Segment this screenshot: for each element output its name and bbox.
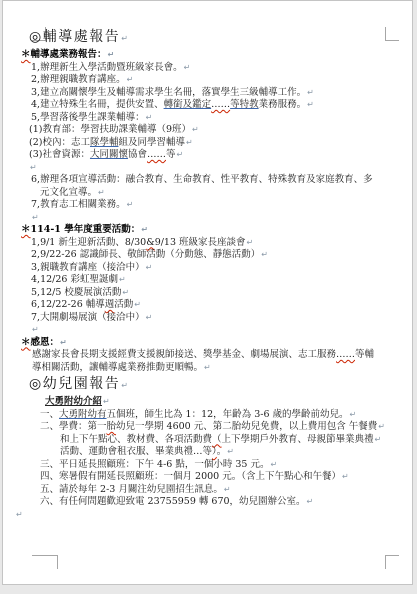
text-run: 輔導處業務報告： bbox=[31, 49, 107, 60]
text-run: 週 bbox=[105, 299, 115, 310]
doc-line: 五、請於每年 2-3 月關注幼兒園招生訊息。↵ bbox=[3, 484, 412, 497]
doc-line: 6,12/22-26 輔導週活動↵ bbox=[3, 299, 412, 312]
doc-line: 7,教育志工相關業務。↵ bbox=[3, 199, 412, 212]
doc-line: 4,12/26 彩虹聖誕劇↵ bbox=[3, 274, 412, 287]
paragraph-mark-icon: ↵ bbox=[126, 75, 134, 84]
text-run: (3)社會資源： bbox=[29, 149, 90, 160]
doc-line: 三、平日延長照顧班：下午 4-6 點，一個小時 35 元。↵ bbox=[3, 459, 412, 472]
text-run: 隊學輔 bbox=[90, 137, 119, 148]
text-run: 四、寒暑假有開延長照顧班：一個月 2000 元。（含上下午點心和午餐） bbox=[40, 471, 341, 482]
paragraph-mark-icon: ↵ bbox=[31, 213, 39, 222]
text-run: 9/13 班級家長座談會 bbox=[155, 237, 246, 248]
paragraph-mark-icon: ↵ bbox=[246, 238, 254, 247]
paragraph-mark-icon: ↵ bbox=[120, 34, 129, 43]
text-run: (1)教育部：學習扶助課業輔導（9班） bbox=[29, 124, 191, 135]
doc-line: ↵ bbox=[3, 509, 412, 522]
paragraph-mark-icon: ↵ bbox=[97, 188, 105, 197]
text-run: 3,親職教育講座（接洽中） bbox=[31, 262, 145, 273]
text-run: 業務服務。 bbox=[259, 99, 307, 110]
text-run: 6,12/22-26 輔導 bbox=[31, 299, 105, 310]
text-run: 協會 bbox=[128, 149, 147, 160]
doc-line: 2,辦理親職教育講座。↵ bbox=[3, 74, 412, 87]
doc-line: ↵ bbox=[3, 162, 412, 175]
doc-line: 6,辦理各項宣導活動：融合教育、生命教育、性平教育、特殊教育及家庭教育、多 bbox=[3, 174, 412, 187]
doc-line: 和上下午點心、教材費、各項活動費（上下學期戶外教育、母親節畢業典禮↵ bbox=[3, 434, 412, 447]
text-run: 1,辦理新生入學活動暨班級家長會。 bbox=[31, 62, 183, 73]
text-run: 4,12/26 彩虹聖誕劇 bbox=[31, 274, 118, 285]
paragraph-mark-icon: ↵ bbox=[223, 485, 231, 494]
paragraph-mark-icon: ↵ bbox=[15, 510, 23, 519]
heading-business-report: ＊輔導處業務報告：↵ bbox=[3, 49, 412, 62]
paragraph-mark-icon: ↵ bbox=[374, 435, 382, 444]
paragraph-mark-icon: ↵ bbox=[226, 447, 234, 456]
doc-line: 導相關活動，讓輔導處業務推動更順暢。↵ bbox=[3, 362, 412, 375]
paragraph-mark-icon: ↵ bbox=[107, 50, 115, 59]
text-run: 感謝家長會長期支援經費支援親師接送、獎學基金、劇場展演、志工服務 bbox=[32, 349, 336, 360]
text-run: …… bbox=[336, 349, 355, 360]
paragraph-mark-icon: ↵ bbox=[145, 113, 153, 122]
text-run: 5,12/5 校慶展演活動 bbox=[31, 287, 121, 298]
doc-line: ↵ bbox=[3, 212, 412, 225]
paragraph-mark-icon: ↵ bbox=[118, 275, 126, 284]
text-run: (2)校內：志工 bbox=[29, 137, 90, 148]
paragraph-mark-icon: ↵ bbox=[306, 100, 314, 109]
text-run: 一、 bbox=[40, 409, 59, 420]
paragraph-mark-icon: ↵ bbox=[203, 363, 211, 372]
doc-line: 1,9/1 新生迎新活動、8/30&9/13 班級家長座談會↵ bbox=[3, 237, 412, 250]
doc-line: ↵ bbox=[3, 324, 412, 337]
text-run: 二、學費：第一 bbox=[40, 421, 107, 432]
doc-line: 二、學費：第一胎幼兒一學期 4600 元、第二胎幼兒免費，以上費用包含 午餐費↵ bbox=[3, 421, 412, 434]
text-run: 轉銜及鑑定 bbox=[164, 99, 212, 110]
text-run: 三、平日延長照顧班：下午 4-6 點，一個小時 35 元。 bbox=[40, 459, 269, 470]
doc-line: 1,辦理新生入學活動暨班級家長會。↵ bbox=[3, 62, 412, 75]
paragraph-mark-icon: ↵ bbox=[269, 460, 277, 469]
text-run: 大勇附幼介紹 bbox=[45, 396, 102, 407]
text-run: 胎 bbox=[107, 421, 117, 432]
text-run: …… bbox=[211, 99, 230, 110]
text-run: ◎幼兒園報告 bbox=[29, 376, 120, 392]
text-run: 。 bbox=[217, 446, 227, 457]
paragraph-mark-icon: ↵ bbox=[306, 497, 314, 506]
doc-line: 5,12/5 校慶展演活動↵ bbox=[3, 287, 412, 300]
text-run: 上下學期戶外教育、母親節畢業典禮 bbox=[222, 434, 374, 445]
doc-line: 活動、運動會租衣服、畢業典禮…等）。↵ bbox=[3, 446, 412, 459]
paragraph-mark-icon: ↵ bbox=[120, 381, 129, 390]
doc-line: 2,9/22-26 認識師長、敬師活動（分動態、靜態活動）↵ bbox=[3, 249, 412, 262]
text-run: 等 bbox=[166, 149, 176, 160]
text-run: 五個班，師生比為 1：12，年齡為 3-6 歲的學齡前幼兒。 bbox=[107, 409, 349, 420]
text-run: 等輔 bbox=[355, 349, 374, 360]
paragraph-mark-icon: ↵ bbox=[377, 422, 385, 431]
document-content: ◎輔導處報告↵＊輔導處業務報告：↵1,辦理新生入學活動暨班級家長會。↵2,辦理親… bbox=[3, 27, 412, 521]
paragraph-mark-icon: ↵ bbox=[176, 150, 184, 159]
text-run: …… bbox=[147, 149, 166, 160]
text-run: 2,辦理親職教育講座。 bbox=[31, 74, 126, 85]
text-run: 感恩： bbox=[31, 337, 60, 348]
paragraph-mark-icon: ↵ bbox=[140, 225, 148, 234]
section-title-counseling: ◎輔導處報告↵ bbox=[3, 27, 412, 49]
text-run: 大勇附幼有 bbox=[59, 409, 107, 420]
doc-line: 4,建立特殊生名冊，提供安置、轉銜及鑑定……等特教業務服務。↵ bbox=[3, 99, 412, 112]
text-run: 元文化宣導。 bbox=[40, 187, 97, 198]
text-run: 4,建立特殊生名冊，提供安置、 bbox=[31, 99, 164, 110]
paragraph-mark-icon: ↵ bbox=[145, 263, 153, 272]
text-run: 導相關活動，讓輔導處業務推動更順暢。 bbox=[32, 362, 203, 373]
paragraph-mark-icon: ↵ bbox=[191, 125, 199, 134]
section-title-kindergarten: ◎幼兒園報告↵ bbox=[3, 374, 412, 396]
text-run: & bbox=[146, 237, 154, 248]
paragraph-mark-icon: ↵ bbox=[102, 397, 110, 406]
heading-semester-activities: ＊114-1 學年度重要活動：↵ bbox=[3, 224, 412, 237]
doc-line: (1)教育部：學習扶助課業輔導（9班）↵ bbox=[3, 124, 412, 137]
paragraph-mark-icon: ↵ bbox=[126, 200, 134, 209]
text-run: ＊ bbox=[21, 224, 31, 235]
crop-mark-bottom-right-icon bbox=[385, 555, 399, 569]
text-run: ＊ bbox=[21, 337, 31, 348]
text-run: 7,教育志工相關業務。 bbox=[31, 199, 126, 210]
paragraph-mark-icon: ↵ bbox=[121, 288, 129, 297]
doc-line: 7,大開劇場展演（接洽中）↵ bbox=[3, 312, 412, 325]
doc-line: 一、大勇附幼有五個班，師生比為 1：12，年齡為 3-6 歲的學齡前幼兒。↵ bbox=[3, 409, 412, 422]
paragraph-mark-icon: ↵ bbox=[29, 163, 37, 172]
text-run: 1,9/1 新生迎新活動、8/30 bbox=[31, 237, 146, 248]
crop-mark-bottom-left-icon bbox=[32, 555, 58, 569]
text-run: 等特教 bbox=[230, 99, 259, 110]
doc-line: 元文化宣導。↵ bbox=[3, 187, 412, 200]
text-run: 7,大開劇場展演（接洽中） bbox=[31, 312, 145, 323]
text-run: 114-1 學年度重要活動： bbox=[31, 224, 141, 235]
text-run: 6,辦理各項宣導活動：融合教育、生命教育、性平教育、特殊教育及家庭教育、多 bbox=[31, 174, 373, 185]
paragraph-mark-icon: ↵ bbox=[349, 410, 357, 419]
paragraph-mark-icon: ↵ bbox=[59, 338, 67, 347]
text-run: ＊ bbox=[21, 49, 31, 60]
paragraph-mark-icon: ↵ bbox=[260, 250, 268, 259]
text-run: 幼兒一學期 4600 元、第二胎幼兒免費，以上費用包含 午餐費 bbox=[116, 421, 377, 432]
text-run: 5,學習落後學生課業輔導： bbox=[31, 112, 145, 123]
text-run: ◎輔導處報告 bbox=[29, 29, 120, 45]
paragraph-mark-icon: ↵ bbox=[31, 325, 39, 334]
document-page: ◎輔導處報告↵＊輔導處業務報告：↵1,辦理新生入學活動暨班級家長會。↵2,辦理親… bbox=[2, 0, 413, 585]
doc-line: 3,親職教育講座（接洽中）↵ bbox=[3, 262, 412, 275]
text-run: 活動 bbox=[114, 299, 133, 310]
text-run: （ bbox=[212, 434, 222, 445]
text-run: 大同關懷 bbox=[90, 149, 128, 160]
paragraph-mark-icon: ↵ bbox=[306, 88, 314, 97]
doc-line: 四、寒暑假有開延長照顧班：一個月 2000 元。（含上下午點心和午餐）↵ bbox=[3, 471, 412, 484]
text-run: 和上下午點心、教材費、各項活動費 bbox=[60, 434, 212, 445]
paragraph-mark-icon: ↵ bbox=[133, 300, 141, 309]
text-run: 組及同學習輔導 bbox=[118, 137, 185, 148]
doc-line: 5,學習落後學生課業輔導：↵ bbox=[3, 112, 412, 125]
text-run: 五、請於每年 2-3 月關注幼兒園招生訊息。 bbox=[40, 484, 223, 495]
paragraph-mark-icon: ↵ bbox=[341, 472, 349, 481]
text-run: 活動、運動會租衣服、畢業典禮…等 bbox=[60, 446, 212, 457]
doc-line: 感謝家長會長期支援經費支援親師接送、獎學基金、劇場展演、志工服務……等輔 bbox=[3, 349, 412, 362]
paragraph-mark-icon: ↵ bbox=[183, 63, 191, 72]
text-run: 六、有任何問題歡迎致電 23755959 轉 670，幼兒園辦公室。 bbox=[40, 496, 306, 507]
heading-gratitude: ＊感恩：↵ bbox=[3, 337, 412, 350]
doc-line: (3)社會資源：大同關懷協會……等↵ bbox=[3, 149, 412, 162]
heading-kindergarten-intro: 大勇附幼介紹↵ bbox=[3, 396, 412, 409]
text-run: 2,9/22-26 認識師長、敬師活動（分動態、靜態活動） bbox=[31, 249, 260, 260]
paragraph-mark-icon: ↵ bbox=[185, 138, 193, 147]
text-run: 3,建立高關懷學生及輔導需求學生名冊，落實學生三級輔導工作。 bbox=[31, 87, 306, 98]
doc-line: (2)校內：志工隊學輔組及同學習輔導↵ bbox=[3, 137, 412, 150]
doc-line: 3,建立高關懷學生及輔導需求學生名冊，落實學生三級輔導工作。↵ bbox=[3, 87, 412, 100]
doc-line: 六、有任何問題歡迎致電 23755959 轉 670，幼兒園辦公室。↵ bbox=[3, 496, 412, 509]
paragraph-mark-icon: ↵ bbox=[145, 313, 153, 322]
